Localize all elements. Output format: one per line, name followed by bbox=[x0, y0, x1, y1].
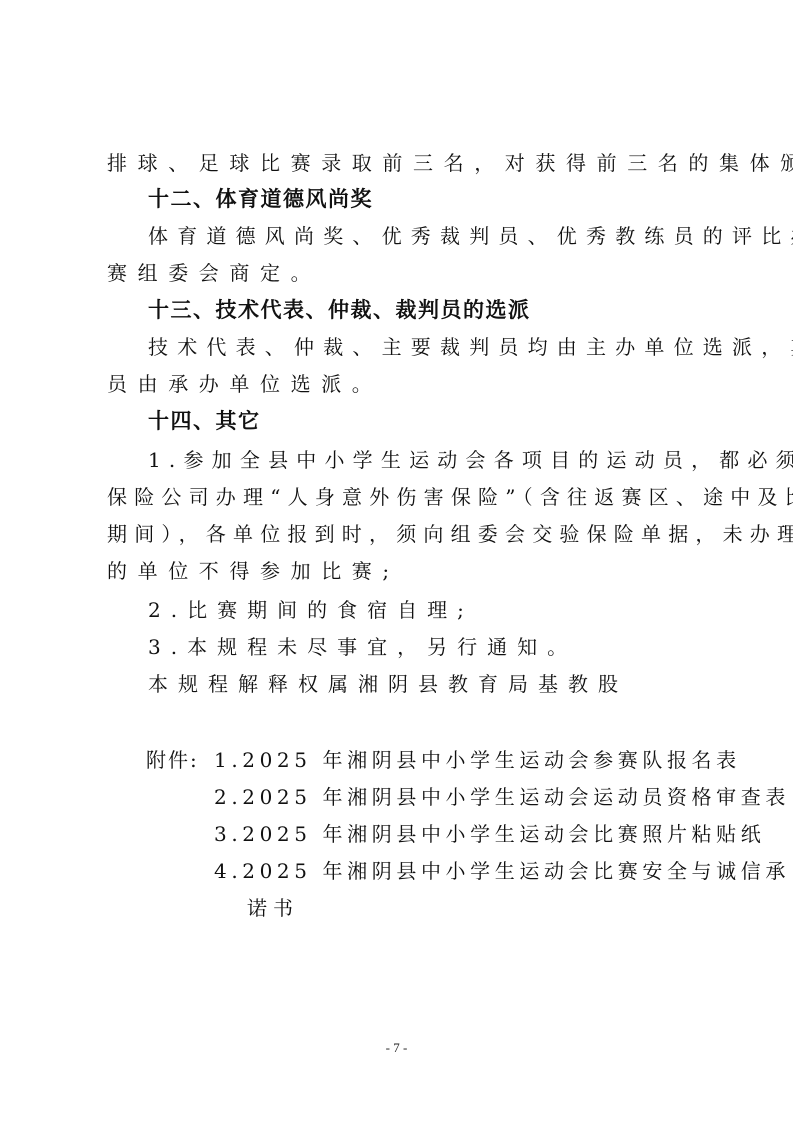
page-number: - 7 - bbox=[0, 1040, 793, 1056]
paragraph-line: 保险公司办理“人身意外伤害保险”（含往返赛区、途中及比赛 bbox=[107, 480, 692, 514]
list-item-2: 2.比赛期间的食宿自理; bbox=[148, 593, 692, 627]
attachment-item-1: 1.2025 年湘阴县中小学生运动会参赛队报名表 bbox=[214, 743, 694, 777]
attachment-item-2: 2.2025 年湘阴县中小学生运动会运动员资格审查表 bbox=[214, 780, 694, 814]
attachment-item-3: 3.2025 年湘阴县中小学生运动会比赛照片粘贴纸 bbox=[214, 817, 694, 851]
interpretation-note: 本规程解释权属湘阴县教育局基教股 bbox=[148, 667, 692, 701]
document-page: 排球、足球比赛录取前三名，对获得前三名的集体颁发奖牌。 十二、体育道德风尚奖 体… bbox=[0, 0, 793, 1122]
paragraph-line: 赛组委会商定。 bbox=[107, 256, 692, 290]
section-heading-14: 十四、其它 bbox=[148, 404, 733, 438]
section-heading-12: 十二、体育道德风尚奖 bbox=[148, 182, 733, 216]
paragraph-line: 的单位不得参加比赛; bbox=[107, 554, 692, 588]
paragraph-line: 排球、足球比赛录取前三名，对获得前三名的集体颁发奖牌。 bbox=[107, 146, 692, 180]
list-item-1: 1.参加全县中小学生运动会各项目的运动员，都必须在当地 bbox=[148, 443, 692, 477]
attachment-item-4: 4.2025 年湘阴县中小学生运动会比赛安全与诚信承 bbox=[214, 854, 694, 888]
section-heading-13: 十三、技术代表、仲裁、裁判员的选派 bbox=[148, 293, 733, 327]
attachment-item-4-continuation: 诺书 bbox=[247, 891, 447, 925]
list-item-3: 3.本规程未尽事宜，另行通知。 bbox=[148, 630, 692, 664]
paragraph-line: 期间），各单位报到时，须向组委会交验保险单据，未办理保险 bbox=[107, 517, 692, 551]
paragraph-line: 体育道德风尚奖、优秀裁判员、优秀教练员的评比办法由比 bbox=[148, 219, 692, 253]
paragraph-line: 员由承办单位选派。 bbox=[107, 367, 692, 401]
paragraph-line: 技术代表、仲裁、主要裁判员均由主办单位选派，其他裁判 bbox=[148, 330, 692, 364]
